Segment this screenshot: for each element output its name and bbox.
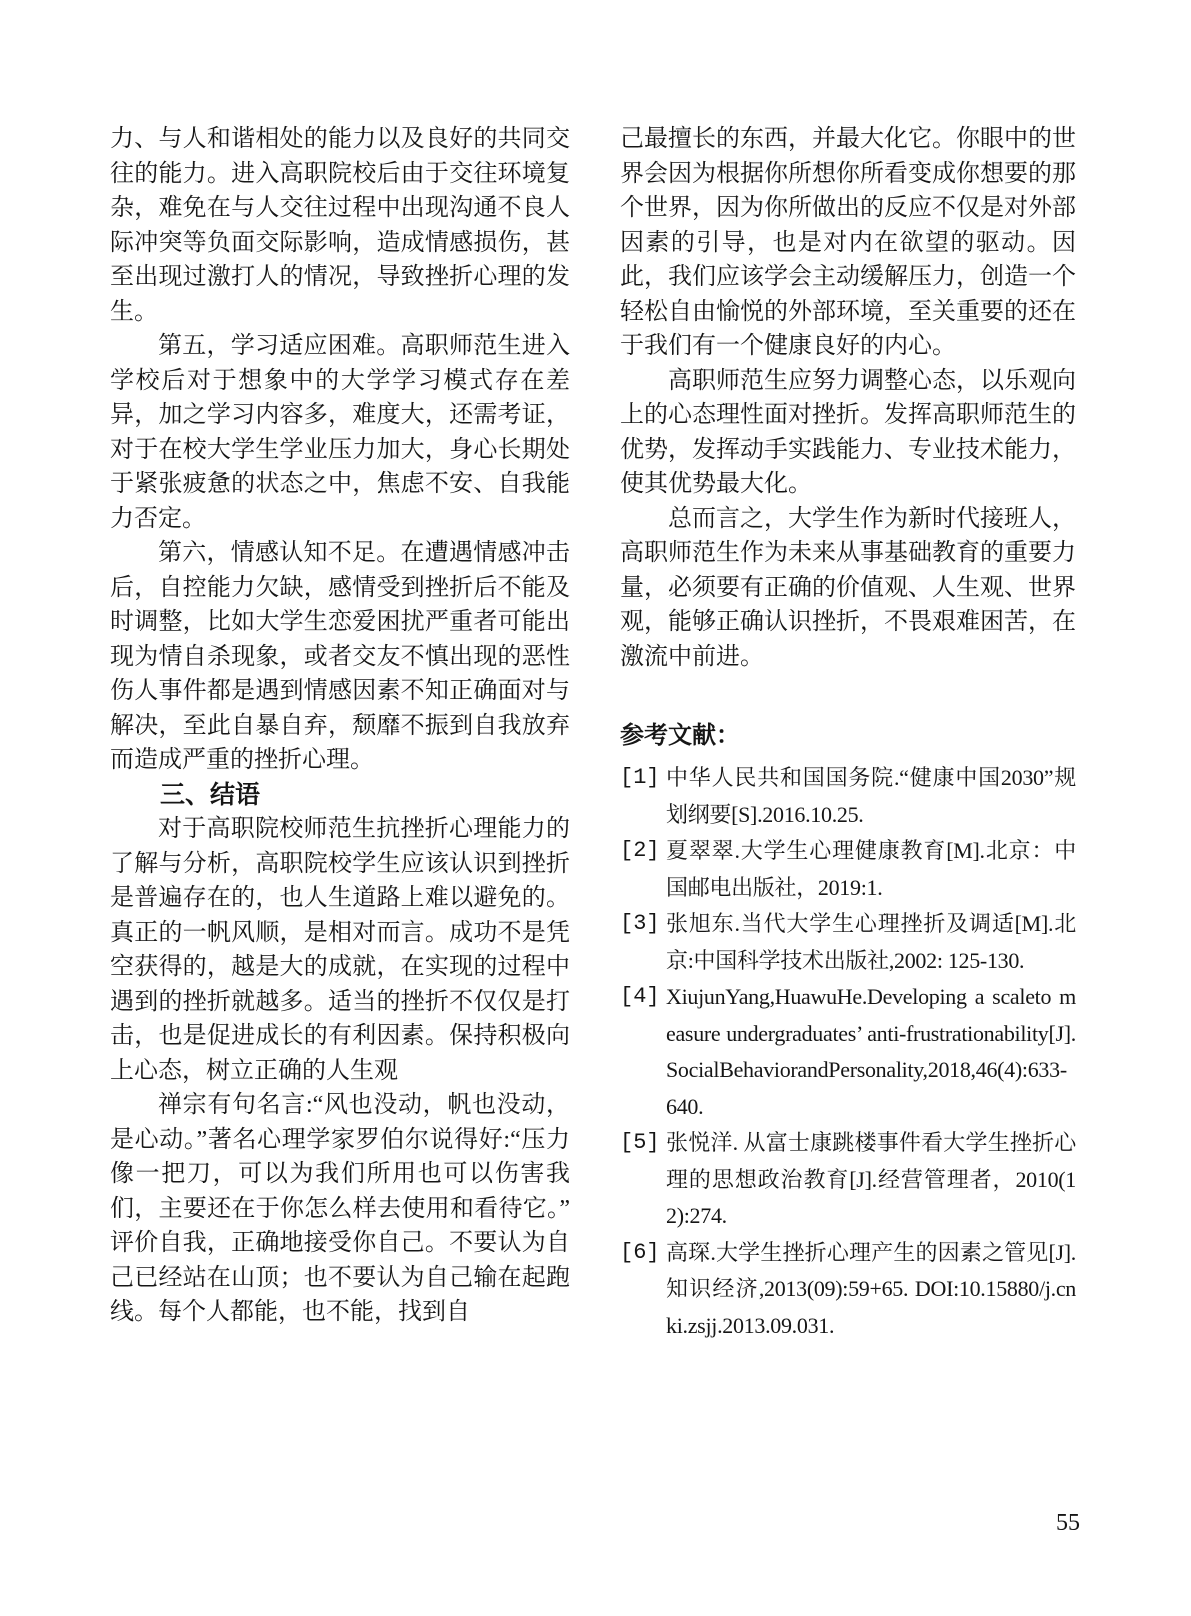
two-column-text-area: 力、与人和谐相处的能力以及良好的共同交往的能力。进入高职院校后由于交往环境复杂，…: [110, 122, 1076, 1344]
paragraph-summary: 总而言之，大学生作为新时代接班人，高职师范生作为未来从事基础教育的重要力量，必须…: [620, 502, 1076, 675]
reference-number: [2]: [620, 833, 666, 906]
paragraph-continuation: 己最擅长的东西，并最大化它。你眼中的世界会因为根据你所想你所看变成你想要的那个世…: [620, 122, 1076, 364]
reference-item: [1] 中华人民共和国国务院.“健康中国2030”规划纲要[S].2016.10…: [620, 760, 1076, 833]
paragraph-mindset: 高职师范生应努力调整心态，以乐观向上的心态理性面对挫折。发挥高职师范生的优势，发…: [620, 364, 1076, 502]
reference-text: 张旭东.当代大学生心理挫折及调适[M].北京:中国科学技术出版社,2002: 1…: [666, 906, 1076, 979]
references-heading: 参考文献：: [620, 718, 1076, 754]
reference-number: [6]: [620, 1235, 666, 1345]
reference-item: [3] 张旭东.当代大学生心理挫折及调适[M].北京:中国科学技术出版社,200…: [620, 906, 1076, 979]
paragraph-conclusion-2: 禅宗有句名言:“风也没动，帆也没动，是心动。”著名心理学家罗伯尔说得好:“压力像…: [110, 1088, 570, 1330]
paragraph-conclusion-1: 对于高职院校师范生抗挫折心理能力的了解与分析，高职院校学生应该认识到挫折是普遍存…: [110, 812, 570, 1088]
reference-number: [5]: [620, 1125, 666, 1235]
left-column: 力、与人和谐相处的能力以及良好的共同交往的能力。进入高职院校后由于交往环境复杂，…: [110, 122, 570, 1344]
right-column: 己最擅长的东西，并最大化它。你眼中的世界会因为根据你所想你所看变成你想要的那个世…: [620, 122, 1076, 1344]
reference-text: 中华人民共和国国务院.“健康中国2030”规划纲要[S].2016.10.25.: [666, 760, 1076, 833]
reference-item: [2] 夏翠翠.大学生心理健康教育[M].北京：中国邮电出版社，2019:1.: [620, 833, 1076, 906]
reference-text: XiujunYang,HuawuHe.Developing a scaleto …: [666, 979, 1076, 1125]
reference-item: [5] 张悦洋. 从富士康跳楼事件看大学生挫折心理的思想政治教育[J].经营管理…: [620, 1125, 1076, 1235]
page-number: 55: [1000, 1510, 1080, 1537]
reference-item: [6] 高琛.大学生挫折心理产生的因素之管见[J].知识经济,2013(09):…: [620, 1235, 1076, 1345]
reference-number: [1]: [620, 760, 666, 833]
reference-item: [4] XiujunYang,HuawuHe.Developing a scal…: [620, 979, 1076, 1125]
reference-text: 张悦洋. 从富士康跳楼事件看大学生挫折心理的思想政治教育[J].经营管理者，20…: [666, 1125, 1076, 1235]
reference-number: [4]: [620, 979, 666, 1125]
paragraph-continuation: 力、与人和谐相处的能力以及良好的共同交往的能力。进入高职院校后由于交往环境复杂，…: [110, 122, 570, 329]
section-heading-conclusion: 三、结语: [110, 778, 570, 813]
paragraph-sixth-point: 第六，情感认知不足。在遭遇情感冲击后，自控能力欠缺，感情受到挫折后不能及时调整，…: [110, 536, 570, 778]
reference-number: [3]: [620, 906, 666, 979]
paragraph-fifth-point: 第五，学习适应困难。高职师范生进入学校后对于想象中的大学学习模式存在差异，加之学…: [110, 329, 570, 536]
reference-text: 夏翠翠.大学生心理健康教育[M].北京：中国邮电出版社，2019:1.: [666, 833, 1076, 906]
reference-text: 高琛.大学生挫折心理产生的因素之管见[J].知识经济,2013(09):59+6…: [666, 1235, 1076, 1345]
